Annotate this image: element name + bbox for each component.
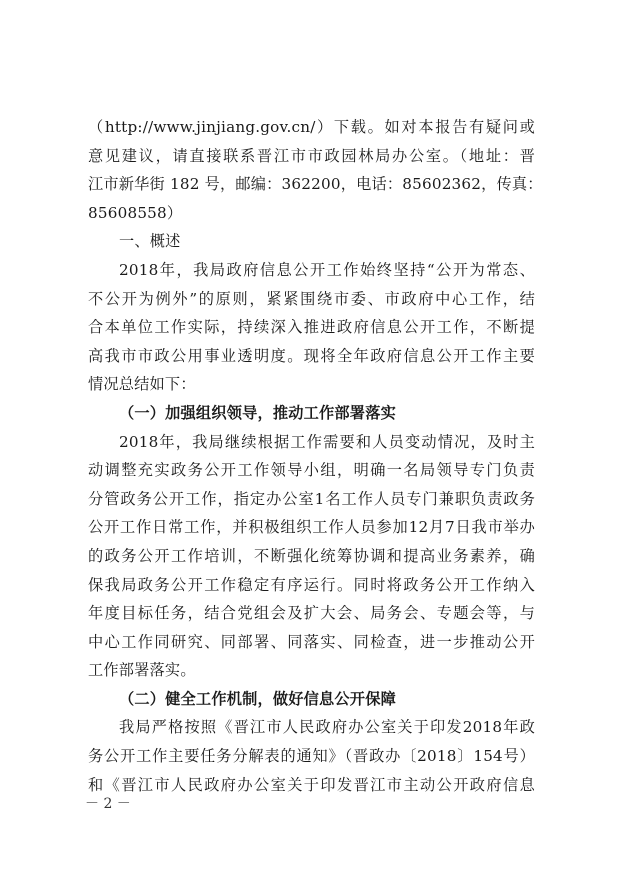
paragraph-line: 不公开为例外”的原则，紧紧围绕市委、市政府中心工作，结 (88, 285, 535, 314)
paragraph-line: 高我市市政公用事业透明度。现将全年政府信息公开工作主要 (88, 342, 535, 371)
paragraph-line: （http://www.jinjiang.gov.cn/）下载。如对本报告有疑问… (88, 113, 535, 142)
paragraph-line: 的政务公开工作培训，不断强化统筹协调和提高业务素养，确 (88, 542, 535, 571)
paragraph-line: 江市新华街 182 号，邮编：362200，电话：85602362，传真： (88, 170, 535, 199)
paragraph-line: 保我局政务公开工作稳定有序运行。同时将政务公开工作纳入 (88, 571, 535, 600)
paragraph-line: 2018年，我局继续根据工作需要和人员变动情况，及时主 (88, 428, 535, 457)
paragraph-line: 年度目标任务，结合党组会及扩大会、局务会、专题会等，与 (88, 599, 535, 628)
paragraph-line: 务公开工作主要任务分解表的通知》（晋政办〔2018〕154号） (88, 742, 535, 771)
paragraph-line: 2018年，我局政府信息公开工作始终坚持“公开为常态、 (88, 256, 535, 285)
paragraph-line: 我局严格按照《晋江市人民政府办公室关于印发2018年政 (88, 713, 535, 742)
paragraph-line: 动调整充实政务公开工作领导小组，明确一名局领导专门负责 (88, 456, 535, 485)
paragraph-line: 合本单位工作实际，持续深入推进政府信息公开工作，不断提 (88, 313, 535, 342)
page-number: － 2 － (85, 793, 131, 813)
subsection-heading: （一）加强组织领导，推动工作部署落实 (88, 399, 535, 428)
paragraph-line: 意见建议，请直接联系晋江市市政园林局办公室。（地址：晋 (88, 142, 535, 171)
section-heading: 一、概述 (88, 227, 535, 256)
paragraph-line: 分管政务公开工作，指定办公室1名工作人员专门兼职负责政务 (88, 485, 535, 514)
paragraph-line: 中心工作同研究、同部署、同落实、同检查，进一步推动公开 (88, 628, 535, 657)
paragraph-line: 和《晋江市人民政府办公室关于印发晋江市主动公开政府信息 (88, 771, 535, 800)
paragraph-line: 工作部署落实。 (88, 656, 535, 685)
paragraph-line: 公开工作日常工作，并积极组织工作人员参加12月7日我市举办 (88, 513, 535, 542)
document-page: （http://www.jinjiang.gov.cn/）下载。如对本报告有疑问… (88, 113, 535, 799)
paragraph-line: 85608558） (88, 199, 535, 228)
subsection-heading: （二）健全工作机制，做好信息公开保障 (88, 685, 535, 714)
paragraph-line: 情况总结如下： (88, 370, 535, 399)
